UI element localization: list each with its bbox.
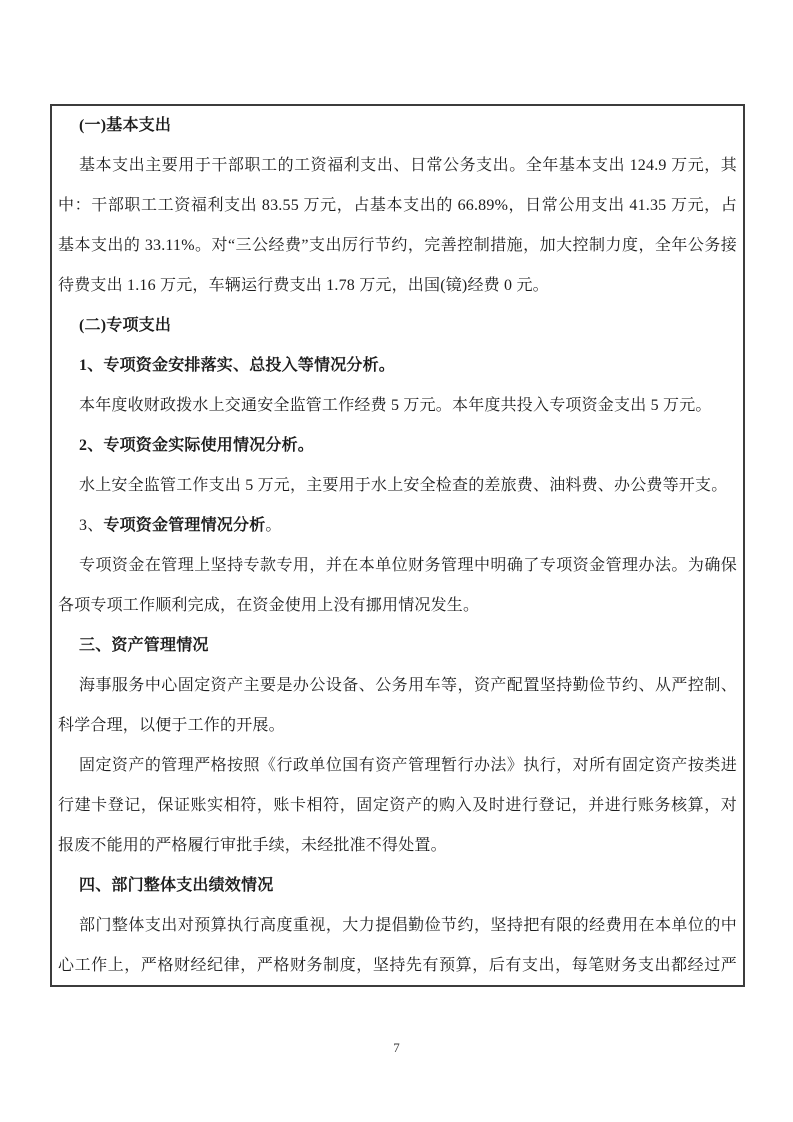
report-content-box: (一)基本支出 基本支出主要用于干部职工的工资福利支出、日常公务支出。全年基本支… xyxy=(50,104,745,987)
document-page: (一)基本支出 基本支出主要用于干部职工的工资福利支出、日常公务支出。全年基本支… xyxy=(0,0,793,1122)
heading-special-funds-usage: 2、专项资金实际使用情况分析。 xyxy=(58,426,737,466)
heading-overall-expenditure-performance: 四、部门整体支出绩效情况 xyxy=(58,866,737,906)
heading-period-suffix: 。 xyxy=(265,517,281,534)
para-special-funds-arrangement: 本年度收财政拨水上交通安全监管工作经费 5 万元。本年度共投入专项资金支出 5 … xyxy=(58,386,737,426)
heading-special-funds-management: 3、专项资金管理情况分析。 xyxy=(58,506,737,546)
para-overall-expenditure-performance: 部门整体支出对预算执行高度重视，大力提倡勤俭节约，坚持把有限的经费用在本单位的中… xyxy=(58,906,737,987)
heading-basic-expenditure: (一)基本支出 xyxy=(58,106,737,146)
heading-special-funds-arrangement: 1、专项资金安排落实、总投入等情况分析。 xyxy=(58,346,737,386)
heading-special-funds-management-label: 专项资金管理情况分析 xyxy=(103,517,265,534)
heading-asset-management: 三、资产管理情况 xyxy=(58,626,737,666)
para-fixed-asset-management: 固定资产的管理严格按照《行政单位国有资产管理暂行办法》执行，对所有固定资产按类进… xyxy=(58,746,737,866)
para-asset-overview: 海事服务中心固定资产主要是办公设备、公务用车等，资产配置坚持勤俭节约、从严控制、… xyxy=(58,666,737,746)
heading-special-expenditure: (二)专项支出 xyxy=(58,306,737,346)
page-number: 7 xyxy=(0,1038,793,1058)
heading-number-prefix: 3、 xyxy=(79,517,103,534)
para-special-funds-management: 专项资金在管理上坚持专款专用，并在本单位财务管理中明确了专项资金管理办法。为确保… xyxy=(58,546,737,626)
para-basic-expenditure-detail: 基本支出主要用于干部职工的工资福利支出、日常公务支出。全年基本支出 124.9 … xyxy=(58,146,737,306)
para-special-funds-usage: 水上安全监管工作支出 5 万元，主要用于水上安全检查的差旅费、油料费、办公费等开… xyxy=(58,466,737,506)
